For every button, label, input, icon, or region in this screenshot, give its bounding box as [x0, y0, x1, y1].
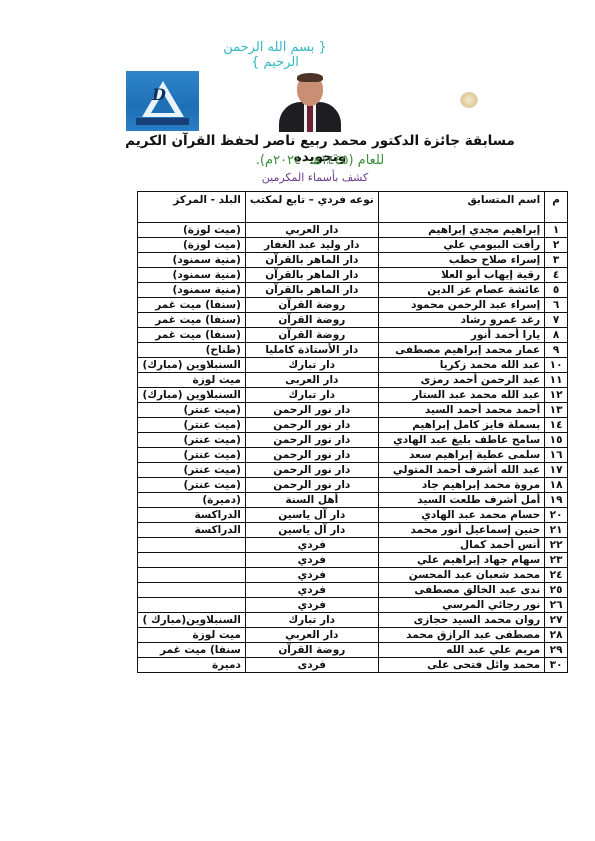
affiliation-type: دار نور الرحمن	[245, 463, 378, 478]
location: (منية سمنود)	[138, 268, 246, 283]
table-row: ٦إسراء عبد الرحمن محمودروضة القرآن(سنفا)…	[138, 298, 568, 313]
contestant-name: إسراء عبد الرحمن محمود	[378, 298, 544, 313]
table-row: ١٤بسملة فايز كامل إبراهيمدار نور الرحمن(…	[138, 418, 568, 433]
row-number: ١٣	[545, 403, 568, 418]
row-number: ٣٠	[545, 658, 568, 673]
table-row: ٢٥ندى عبد الخالق مصطفىفردي	[138, 583, 568, 598]
contestant-name: بسملة فايز كامل إبراهيم	[378, 418, 544, 433]
location: (طناح)	[138, 343, 246, 358]
basmala-calligraphy: { بسم الله الرحمن الرحيم }	[215, 40, 335, 58]
location	[138, 583, 246, 598]
location: دميرة	[138, 658, 246, 673]
row-number: ٦	[545, 298, 568, 313]
contestant-name: عبد الله محمد عبد الستار	[378, 388, 544, 403]
row-number: ١١	[545, 373, 568, 388]
table-row: ١٠عبد الله محمد زكريادار تباركالسنبلاوين…	[138, 358, 568, 373]
row-number: ٢٨	[545, 628, 568, 643]
location: (دميرة)	[138, 493, 246, 508]
affiliation-type: دار نور الرحمن	[245, 418, 378, 433]
table-row: ١٣أحمد محمد أحمد السيددار نور الرحمن(ميت…	[138, 403, 568, 418]
table-row: ٢٧روان محمد السيد حجازىدار تباركالسنبلاو…	[138, 613, 568, 628]
row-number: ٢٢	[545, 538, 568, 553]
table-row: ٥عائشة عصام عز الديندار الماهر بالقرآن(م…	[138, 283, 568, 298]
logo-monogram: D	[152, 85, 166, 104]
contestant-name: مروة محمد إبراهيم جاد	[378, 478, 544, 493]
contestant-name: حنين إسماعيل أنور محمد	[378, 523, 544, 538]
row-number: ١٠	[545, 358, 568, 373]
contestant-name: رغد عمرو رشاد	[378, 313, 544, 328]
portrait-tie	[307, 105, 313, 132]
table-row: ٨يارا أحمد أنورروضة القرآن(سنفا) ميت غمر	[138, 328, 568, 343]
table-row: ٩عمار محمد إبراهيم مصطفىدار الأستاذة كام…	[138, 343, 568, 358]
table-row: ١إبراهيم مجدي إبراهيمدار العربي(ميت لوزة…	[138, 223, 568, 238]
row-number: ٢١	[545, 523, 568, 538]
row-number: ٤	[545, 268, 568, 283]
affiliation-type: أهل السنة	[245, 493, 378, 508]
location: (سنفا) ميت غمر	[138, 328, 246, 343]
sponsor-portrait-photo	[275, 72, 345, 132]
contestant-name: سهام جهاد إبراهيم علي	[378, 553, 544, 568]
row-number: ١	[545, 223, 568, 238]
table-row: ٢٠حسام محمد عبد الهاديدار آل ياسينالدراك…	[138, 508, 568, 523]
affiliation-type: دار الماهر بالقرآن	[245, 253, 378, 268]
honorees-table: م اسم المتسابق نوعه فردي – تابع لمكتب ال…	[137, 191, 568, 673]
contestant-name: رأفت البيومي علي	[378, 238, 544, 253]
affiliation-type: دار آل ياسين	[245, 523, 378, 538]
row-number: ١٤	[545, 418, 568, 433]
location: (سنفا) ميت غمر	[138, 313, 246, 328]
table-row: ١٧عبد الله أشرف أحمد المتوليدار نور الرح…	[138, 463, 568, 478]
table-header-row: م اسم المتسابق نوعه فردي – تابع لمكتب ال…	[138, 192, 568, 223]
row-number: ١٨	[545, 478, 568, 493]
location: (منية سمنود)	[138, 253, 246, 268]
emblem-icon	[460, 92, 478, 108]
affiliation-type: فردي	[245, 583, 378, 598]
header-num: م	[545, 192, 568, 223]
row-number: ٨	[545, 328, 568, 343]
row-number: ٩	[545, 343, 568, 358]
affiliation-type: دار نور الرحمن	[245, 403, 378, 418]
table-row: ٧رغد عمرو رشادروضة القرآن(سنفا) ميت غمر	[138, 313, 568, 328]
table-row: ٢١حنين إسماعيل أنور محمددار آل ياسينالدر…	[138, 523, 568, 538]
table-row: ٣٠محمد وائل فتحى علىفردىدميرة	[138, 658, 568, 673]
list-caption: كشف بأسماء المكرمين	[225, 171, 405, 184]
location: ميت لوزة	[138, 628, 246, 643]
contestant-name: أنس أحمد كمال	[378, 538, 544, 553]
row-number: ١٧	[545, 463, 568, 478]
header-type: نوعه فردي – تابع لمكتب	[245, 192, 378, 223]
contestant-name: مريم علي عبد الله	[378, 643, 544, 658]
row-number: ٢	[545, 238, 568, 253]
affiliation-type: دار تبارك	[245, 358, 378, 373]
row-number: ١٢	[545, 388, 568, 403]
contestant-name: أمل أشرف طلعت السيد	[378, 493, 544, 508]
affiliation-type: روضة القرآن	[245, 328, 378, 343]
row-number: ٢٤	[545, 568, 568, 583]
location: (ميت عنتر)	[138, 463, 246, 478]
contestant-name: نور رجائي المرسي	[378, 598, 544, 613]
table-row: ٢٢أنس أحمد كمالفردي	[138, 538, 568, 553]
location	[138, 553, 246, 568]
location: (ميت عنتر)	[138, 433, 246, 448]
affiliation-type: دار تبارك	[245, 613, 378, 628]
affiliation-type: فردي	[245, 553, 378, 568]
table-row: ٤رقية إيهاب أبو العلادار الماهر بالقرآن(…	[138, 268, 568, 283]
affiliation-type: فردي	[245, 568, 378, 583]
affiliation-type: دار الماهر بالقرآن	[245, 283, 378, 298]
location: (ميت عنتر)	[138, 448, 246, 463]
row-number: ٢٦	[545, 598, 568, 613]
affiliation-type: دار العربى	[245, 373, 378, 388]
location: (منية سمنود)	[138, 283, 246, 298]
affiliation-type: فردي	[245, 598, 378, 613]
affiliation-type: دار نور الرحمن	[245, 433, 378, 448]
table-row: ٢٦نور رجائي المرسيفردي	[138, 598, 568, 613]
affiliation-type: دار العربي	[245, 628, 378, 643]
location: (ميت لوزة)	[138, 238, 246, 253]
header-location: البلد - المركز	[138, 192, 246, 223]
location	[138, 568, 246, 583]
affiliation-type: فردي	[245, 538, 378, 553]
affiliation-type: دار آل ياسين	[245, 508, 378, 523]
sponsor-logo: D	[126, 71, 199, 131]
affiliation-type: روضة القرآن	[245, 313, 378, 328]
table-row: ١١عبد الرحمن أحمد رمزىدار العربىميت لوزة	[138, 373, 568, 388]
row-number: ٢٠	[545, 508, 568, 523]
row-number: ٥	[545, 283, 568, 298]
logo-band	[136, 118, 189, 125]
contestant-name: ندى عبد الخالق مصطفى	[378, 583, 544, 598]
location: (ميت عنتر)	[138, 478, 246, 493]
affiliation-type: دار الأستاذة كامليا	[245, 343, 378, 358]
contestant-name: سامح عاطف بليغ عبد الهادي	[378, 433, 544, 448]
document-page: { بسم الله الرحمن الرحيم } D مسابقة جائز…	[0, 0, 595, 841]
row-number: ٢٣	[545, 553, 568, 568]
row-number: ٧	[545, 313, 568, 328]
affiliation-type: دار تبارك	[245, 388, 378, 403]
affiliation-type: دار وليد عبد الغفار	[245, 238, 378, 253]
location: (سنفا) ميت غمر	[138, 298, 246, 313]
contestant-name: عمار محمد إبراهيم مصطفى	[378, 343, 544, 358]
page-subtitle-year: للعام (١٤٤٥هـ- ٢٠٢٤م).	[200, 153, 440, 168]
contestant-name: عائشة عصام عز الدين	[378, 283, 544, 298]
affiliation-type: دار نور الرحمن	[245, 448, 378, 463]
table-row: ١٥سامح عاطف بليغ عبد الهاديدار نور الرحم…	[138, 433, 568, 448]
affiliation-type: روضة القرآن	[245, 298, 378, 313]
affiliation-type: دار العربي	[245, 223, 378, 238]
table-row: ٢٨مصطفى عبد الرازق محمددار العربيميت لوز…	[138, 628, 568, 643]
contestant-name: عبد الله محمد زكريا	[378, 358, 544, 373]
table-row: ٣إسراء صلاح حطبدار الماهر بالقرآن(منية س…	[138, 253, 568, 268]
row-number: ٣	[545, 253, 568, 268]
row-number: ٢٥	[545, 583, 568, 598]
table-row: ٢٩مريم علي عبد اللهروضة القرآنسنفا) ميت …	[138, 643, 568, 658]
affiliation-type: روضة القرآن	[245, 643, 378, 658]
contestant-name: سلمى عطية إبراهيم سعد	[378, 448, 544, 463]
table-row: ٢رأفت البيومي عليدار وليد عبد الغفار(ميت…	[138, 238, 568, 253]
row-number: ١٩	[545, 493, 568, 508]
contestant-name: محمد وائل فتحى على	[378, 658, 544, 673]
table-row: ١٨مروة محمد إبراهيم جاددار نور الرحمن(مي…	[138, 478, 568, 493]
contestant-name: رقية إيهاب أبو العلا	[378, 268, 544, 283]
table-row: ١٢عبد الله محمد عبد الستاردار تباركالسنب…	[138, 388, 568, 403]
location: سنفا) ميت غمر	[138, 643, 246, 658]
contestant-name: عبد الله أشرف أحمد المتولي	[378, 463, 544, 478]
contestant-name: إسراء صلاح حطب	[378, 253, 544, 268]
contestant-name: روان محمد السيد حجازى	[378, 613, 544, 628]
location: الدراكسة	[138, 523, 246, 538]
table-row: ١٩أمل أشرف طلعت السيدأهل السنة(دميرة)	[138, 493, 568, 508]
contestant-name: أحمد محمد أحمد السيد	[378, 403, 544, 418]
contestant-name: إبراهيم مجدي إبراهيم	[378, 223, 544, 238]
location: السنبلاوين(مبارك )	[138, 613, 246, 628]
row-number: ١٥	[545, 433, 568, 448]
location: (ميت عنتر)	[138, 403, 246, 418]
location: (ميت عنتر)	[138, 418, 246, 433]
row-number: ١٦	[545, 448, 568, 463]
table-row: ١٦سلمى عطية إبراهيم سعددار نور الرحمن(مي…	[138, 448, 568, 463]
location: السنبلاوين (مبارك)	[138, 358, 246, 373]
location: ميت لوزة	[138, 373, 246, 388]
location: الدراكسة	[138, 508, 246, 523]
contestant-name: مصطفى عبد الرازق محمد	[378, 628, 544, 643]
contestant-name: عبد الرحمن أحمد رمزى	[378, 373, 544, 388]
contestant-name: محمد شعبان عبد المحسن	[378, 568, 544, 583]
table-row: ٢٤محمد شعبان عبد المحسنفردي	[138, 568, 568, 583]
contestant-name: يارا أحمد أنور	[378, 328, 544, 343]
portrait-hair	[297, 73, 323, 82]
contestant-name: حسام محمد عبد الهادي	[378, 508, 544, 523]
affiliation-type: فردى	[245, 658, 378, 673]
affiliation-type: دار الماهر بالقرآن	[245, 268, 378, 283]
location	[138, 598, 246, 613]
location: (ميت لوزة)	[138, 223, 246, 238]
header-name: اسم المتسابق	[378, 192, 544, 223]
table-row: ٢٣سهام جهاد إبراهيم عليفردي	[138, 553, 568, 568]
location: السنبلاوين (مبارك)	[138, 388, 246, 403]
row-number: ٢٩	[545, 643, 568, 658]
location	[138, 538, 246, 553]
affiliation-type: دار نور الرحمن	[245, 478, 378, 493]
row-number: ٢٧	[545, 613, 568, 628]
